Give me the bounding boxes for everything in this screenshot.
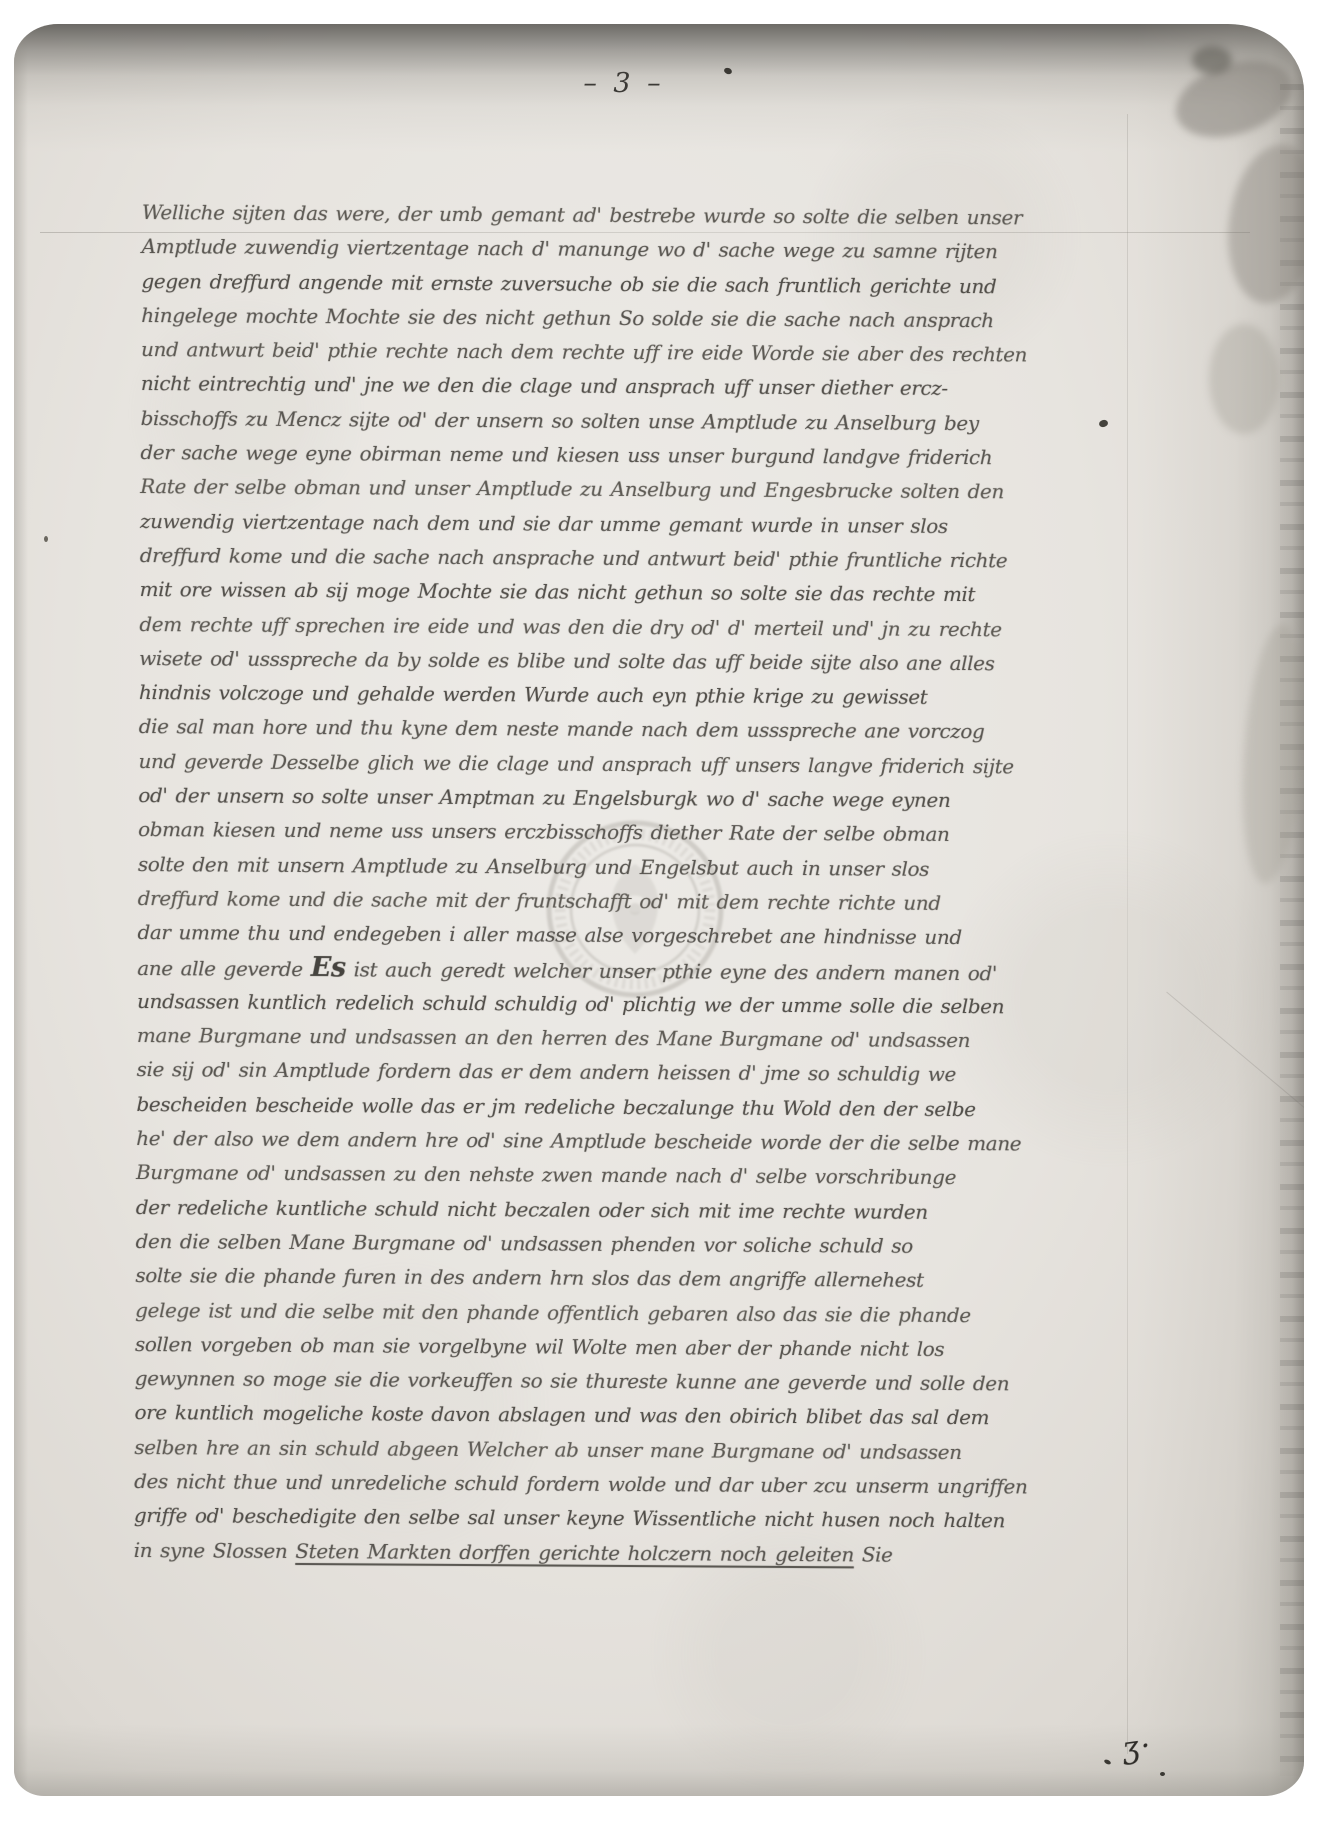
page-bottom-edge-shadow	[14, 1722, 1304, 1796]
quire-mark: ʒ·	[1120, 1728, 1155, 1767]
manuscript-line: mit ore wissen ab sij moge Mochte sie da…	[139, 572, 1019, 612]
manuscript-line: nicht eintrechtig und' jne we den die cl…	[141, 366, 1021, 406]
manuscript-line: dem rechte uff sprechen ire eide und was…	[139, 607, 1019, 647]
manuscript-line: den die selben Mane Burgmane od' undsass…	[136, 1224, 1016, 1264]
manuscript-text-block: Welliche sijten das were, der umb gemant…	[134, 195, 1022, 1572]
manuscript-line: bisschoffs zu Mencz sijte od' der unsern…	[141, 401, 1021, 441]
manuscript-line: der redeliche kuntliche schuld nicht bec…	[136, 1190, 1016, 1230]
manuscript-line: dreffurd kome und die sache mit der frun…	[138, 881, 1018, 921]
manuscript-line: die sal man hore und thu kyne dem neste …	[139, 709, 1019, 749]
manuscript-line: und antwurt beid' pthie rechte nach dem …	[141, 332, 1021, 372]
page-right-deckle-strip	[1280, 84, 1304, 1776]
manuscript-line: Burgmane od' undsassen zu den nehste zwe…	[136, 1155, 1016, 1195]
manuscript-line: des nicht thue und unredeliche schuld fo…	[134, 1464, 1014, 1504]
page-number: – 3 –	[14, 68, 1234, 99]
manuscript-line: griffe od' beschedigite den selbe sal un…	[134, 1498, 1014, 1538]
manuscript-line: undsassen kuntlich redelich schuld schul…	[137, 984, 1017, 1024]
manuscript-line: gewynnen so moge sie die vorkeuffen so s…	[135, 1361, 1015, 1401]
manuscript-line: ore kuntlich mogeliche koste davon absla…	[134, 1395, 1014, 1435]
manuscript-line: in syne Slossen Steten Markten dorffen g…	[134, 1533, 1014, 1573]
manuscript-line: hingelege mochte Mochte sie des nicht ge…	[141, 298, 1021, 338]
manuscript-line: solte den mit unsern Amptlude zu Anselbu…	[138, 847, 1018, 887]
manuscript-line: hindnis volczoge und gehalde werden Wurd…	[139, 675, 1019, 715]
manuscript-line: der sache wege eyne obirman neme und kie…	[140, 435, 1020, 475]
vertical-fold-crease	[1127, 114, 1128, 1754]
manuscript-line: gelege ist und die selbe mit den phande …	[135, 1292, 1015, 1332]
manuscript-line: bescheiden bescheide wolle das er jm red…	[136, 1087, 1016, 1127]
manuscript-line: obman kiesen und neme uss unsers erczbis…	[138, 812, 1018, 852]
page-left-edge-shadow	[14, 24, 28, 1796]
manuscript-line: Amptlude zuwendig viertzentage nach d' m…	[142, 229, 1022, 269]
manuscript-line: und geverde Desselbe glich we die clage …	[138, 744, 1018, 784]
manuscript-line: zuwendig viertzentage nach dem und sie d…	[140, 504, 1020, 544]
manuscript-line: sie sij od' sin Amptlude fordern das er …	[137, 1052, 1017, 1092]
manuscript-line: Rate der selbe obman und unser Amptlude …	[140, 469, 1020, 509]
manuscript-line: dreffurd kome und die sache nach ansprac…	[140, 538, 1020, 578]
manuscript-line: wisete od' ussspreche da by solde es bli…	[139, 641, 1019, 681]
manuscript-line: ane alle geverde Es ist auch geredt welc…	[137, 950, 1017, 990]
manuscript-line: he' der also we dem andern hre od' sine …	[136, 1121, 1016, 1161]
manuscript-line: sollen vorgeben ob man sie vorgelbyne wi…	[135, 1327, 1015, 1367]
manuscript-line: selben hre an sin schuld abgeen Welcher …	[134, 1430, 1014, 1470]
manuscript-line: dar umme thu und endegeben i aller masse…	[137, 915, 1017, 955]
manuscript-page: – 3 – Welliche sijten das were, der umb …	[14, 24, 1304, 1796]
ink-speck	[44, 536, 48, 542]
manuscript-line: gegen dreffurd angende mit ernste zuvers…	[141, 264, 1021, 304]
manuscript-line: Welliche sijten das were, der umb gemant…	[142, 195, 1022, 235]
manuscript-line: mane Burgmane und undsassen an den herre…	[137, 1018, 1017, 1058]
manuscript-line: od' der unsern so solte unser Amptman zu…	[138, 778, 1018, 818]
ink-speck	[1098, 419, 1109, 428]
manuscript-line: solte sie die phande furen in des andern…	[135, 1258, 1015, 1298]
ink-speck	[1160, 1772, 1165, 1776]
damage-blotch	[1209, 324, 1279, 434]
